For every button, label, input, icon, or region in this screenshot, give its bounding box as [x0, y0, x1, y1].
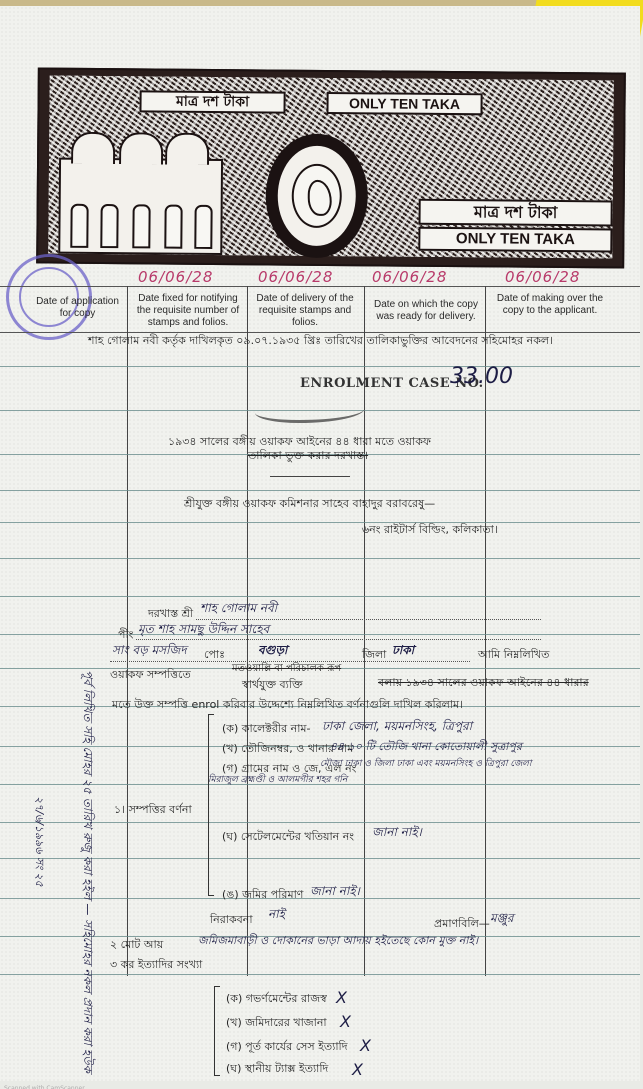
- arch-icon: [132, 204, 150, 248]
- section-2-label: ২ মোট আয়: [110, 936, 163, 955]
- ruled-line: [0, 366, 640, 367]
- ruled-line: [0, 974, 640, 975]
- header-notify-date: Date fixed for notifying the requisite n…: [130, 293, 246, 333]
- bracket: [208, 714, 214, 896]
- item-value-ka: ঢাকা জেলা, ময়মনসিংহ, ত্রিপুরা: [322, 718, 472, 738]
- ami-text: আমি নিম্নলিখিত: [478, 646, 549, 665]
- tax-mark-ka: X: [336, 988, 347, 1007]
- date-handwritten-4: 06/06/28: [505, 268, 580, 286]
- nijam-value: নাই: [268, 906, 285, 926]
- ornament-flourish: [255, 398, 365, 423]
- waqf-act-reference: বলায় ১৯৩৪ সালের ওয়াকফ আইনের ৪৪ ধারার: [378, 674, 589, 693]
- ruled-line: [0, 558, 640, 559]
- section-1-label: ১। সম্পত্তির বর্ণনা: [114, 801, 192, 820]
- revenue-stamp: মাত্র দশ টাকা ONLY TEN TAKA মাত্র দশ টাক…: [36, 67, 626, 268]
- date-handwritten-2: 06/06/28: [258, 268, 333, 286]
- arch-icon: [100, 204, 118, 248]
- waqf-property-text: ওয়াকফ সম্পত্তিতে: [110, 666, 191, 685]
- margin-reference: ২৭/৬/১৯৯৬ সং ২৫: [29, 796, 48, 887]
- addressee-line1: শ্রীযুক্ত বঙ্গীয় ওয়াকফ কমিশনার সাহেব ব…: [184, 495, 435, 514]
- tax-mark-kha: X: [340, 1012, 351, 1031]
- dome-icon: [165, 133, 209, 165]
- pramanbili-value: মঞ্জুর: [490, 910, 514, 930]
- stamp-value-en-top: ONLY TEN TAKA: [326, 92, 482, 115]
- copy-heading: শাহ গোলাম নবী কর্তৃক দাখিলকৃত ০৯.০৭.১৯৩৫…: [88, 332, 553, 351]
- ruled-line: [0, 596, 640, 597]
- item-label-ka: (ক) কালেক্টরীর নাম-: [222, 720, 311, 739]
- arch-icon: [194, 205, 212, 249]
- item-label-gha: (ঘ) সেটেলমেন্টের খতিয়ান নং: [222, 828, 354, 847]
- item-value-gha: জানা নাই।: [372, 824, 422, 844]
- date-handwritten-1: 06/06/28: [138, 268, 213, 286]
- district-value: ঢাকা: [392, 642, 414, 662]
- bracket: [214, 986, 220, 1076]
- tax-label-ga: (গ) পূর্ত কার্যের সেস ইত্যাদি: [226, 1038, 347, 1057]
- section-2-value: জমিজমাবাড়ী ও দোকানের ভাড়া আদায় হইতেছে…: [198, 932, 478, 951]
- divider: [270, 476, 350, 477]
- ruled-line: [0, 490, 640, 491]
- district-label: জিলা: [362, 646, 386, 665]
- petition-title-line2: তালিকা ভুক্ত করার দরখাস্ত।: [248, 447, 368, 466]
- tax-label-kha: (খ) জমিদারের খাজানা: [226, 1014, 327, 1033]
- addressee-line2: ৬নং রাইটার্স বিল্ডিং, কলিকাতা।: [362, 521, 498, 540]
- fill-line: [196, 618, 541, 620]
- item-value-ga: মৌজা ঢাকা ও জিলা ঢাকা এবং ময়মনসিংহ ও ত্…: [320, 756, 531, 771]
- section-3-label: ৩ কর ইত্যাদির সংখ্যা: [110, 956, 202, 975]
- interested-person: স্বার্থযুক্ত ব্যক্তি: [242, 676, 303, 695]
- bangladesh-map-icon: [308, 180, 332, 216]
- tax-mark-ga: X: [360, 1036, 371, 1055]
- scanner-watermark: Scanned with CamScanner: [4, 1085, 85, 1089]
- case-number: 33.00: [450, 364, 513, 389]
- building-illustration: [58, 158, 223, 255]
- address-village: সাং বড় মসজিদ: [112, 642, 187, 662]
- stamp-value-en-bottom: ONLY TEN TAKA: [418, 227, 612, 253]
- arch-icon: [164, 205, 182, 249]
- dome-icon: [119, 132, 163, 164]
- ruled-line: [0, 522, 640, 523]
- arch-icon: [70, 204, 88, 248]
- item-value-kha: ৪৪ ১০ টি তৌজি থানা কোতোয়ালী সুত্রাপুর: [330, 738, 522, 757]
- tax-mark-gha: X: [352, 1060, 363, 1079]
- nijam-label: নিরাকবনা: [210, 911, 253, 930]
- header-making-over-date: Date of making over the copy to the appl…: [490, 293, 610, 333]
- misc-note: মিরাজুল ব্রহ্মণ্ডী ও আলমগীর শহর গনি: [208, 772, 347, 787]
- petitioner-name: শাহ গোলাম নবী: [200, 600, 277, 620]
- document-page: মাত্র দশ টাকা ONLY TEN TAKA মাত্র দশ টাক…: [0, 6, 640, 1081]
- column-divider: [485, 286, 486, 976]
- tax-label-gha: (ঘ) স্থানীয় ট্যাক্স ইত্যাদি: [226, 1060, 328, 1079]
- enrol-statement: মতে উক্ত সম্পত্তি enrol করিবার উদ্দেশ্যে…: [112, 696, 463, 715]
- divider: [0, 286, 640, 287]
- margin-note: পূর্ব লিখিত সহি মোহর ২৫ তারিখ রুজু করা হ…: [76, 670, 96, 1073]
- tax-label-ka: (ক) গভর্ণমেন্টের রাজস্ব: [226, 990, 327, 1009]
- header-application-date: Date of application for copy: [30, 296, 125, 336]
- item-label-umo: (ঙ) জমির পরিমাণ: [222, 886, 303, 905]
- po-label: পোঃ: [204, 646, 225, 665]
- stamp-value-bn-bottom: মাত্র দশ টাকা: [419, 199, 613, 227]
- ruled-line: [0, 858, 640, 859]
- dome-icon: [71, 132, 115, 164]
- stamp-value-bn-top: মাত্র দশ টাকা: [139, 90, 285, 113]
- ruled-line: [0, 822, 640, 823]
- date-handwritten-3: 06/06/28: [372, 268, 447, 286]
- government-seal-emblem: [265, 133, 368, 258]
- header-delivery-stamps-date: Date of delivery of the requisite stamps…: [250, 293, 360, 333]
- item-value-umo: জানা নাই।: [310, 883, 360, 903]
- ruled-line: [0, 634, 640, 635]
- fill-line: [136, 638, 541, 640]
- po-value: বগুড়া: [258, 642, 287, 662]
